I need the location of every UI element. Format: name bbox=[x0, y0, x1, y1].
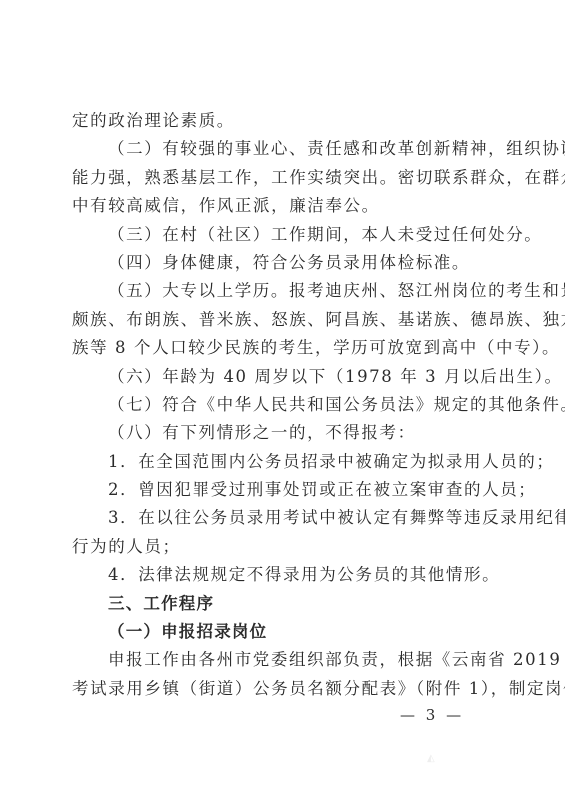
requirement-3: （三）在村（社区）工作期间，本人未受过任何处分。 bbox=[72, 221, 460, 249]
requirement-4: （四）身体健康，符合公务员录用体检标准。 bbox=[72, 249, 460, 277]
requirement-8: （八）有下列情形之一的，不得报考： bbox=[72, 419, 460, 447]
subsection-heading-post-application: （一）申报招录岗位 bbox=[72, 618, 460, 646]
exclusion-item-3-line-2: 行为的人员； bbox=[72, 533, 460, 561]
watermark-icon: ◭ bbox=[427, 753, 439, 765]
requirement-6: （六）年龄为 40 周岁以下（1978 年 3 月以后出生）。 bbox=[72, 363, 460, 391]
requirement-2-line-2: 能力强，熟悉基层工作，工作实绩突出。密切联系群众，在群众 bbox=[72, 164, 460, 192]
requirement-7: （七）符合《中华人民共和国公务员法》规定的其他条件。 bbox=[72, 391, 460, 419]
procedure-paragraph-line-1: 申报工作由各州市党委组织部负责，根据《云南省 2019 年 bbox=[72, 646, 460, 674]
exclusion-item-2: 2．曾因犯罪受过刑事处罚或正在被立案审查的人员； bbox=[72, 476, 460, 504]
page-number: — 3 — bbox=[400, 706, 460, 724]
requirement-5-line-3: 族等 8 个人口较少民族的考生，学历可放宽到高中（中专）。 bbox=[72, 334, 460, 362]
paragraph-line-political-quality: 定的政治理论素质。 bbox=[72, 107, 460, 135]
requirement-5-line-2: 颇族、布朗族、普米族、怒族、阿昌族、基诺族、德昂族、独龙 bbox=[72, 306, 460, 334]
document-page: 定的政治理论素质。 （二）有较强的事业心、责任感和改革创新精神，组织协调 能力强… bbox=[72, 107, 460, 703]
requirement-2-line-1: （二）有较强的事业心、责任感和改革创新精神，组织协调 bbox=[72, 135, 460, 163]
exclusion-item-4: 4．法律法规规定不得录用为公务员的其他情形。 bbox=[72, 561, 460, 589]
procedure-paragraph-line-2: 考试录用乡镇（街道）公务员名额分配表》（附件 1），制定岗位 bbox=[72, 675, 460, 703]
exclusion-item-1: 1．在全国范围内公务员招录中被确定为拟录用人员的； bbox=[72, 448, 460, 476]
exclusion-item-3-line-1: 3．在以往公务员录用考试中被认定有舞弊等违反录用纪律 bbox=[72, 504, 460, 532]
requirement-5-line-1: （五）大专以上学历。报考迪庆州、怒江州岗位的考生和景 bbox=[72, 277, 460, 305]
requirement-2-line-3: 中有较高威信，作风正派，廉洁奉公。 bbox=[72, 192, 460, 220]
section-heading-work-procedure: 三、工作程序 bbox=[72, 590, 460, 618]
